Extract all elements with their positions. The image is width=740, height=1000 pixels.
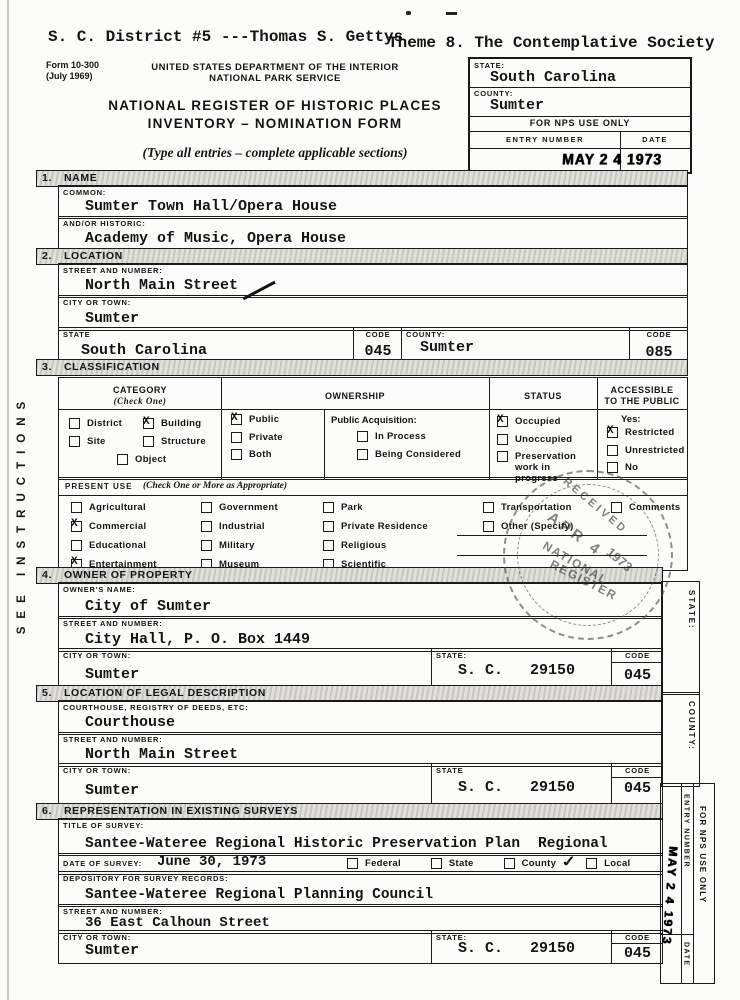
field-survey-street: STREET AND NUMBER: 36 East Calhoun Stree… xyxy=(58,904,663,934)
survey-state-value[interactable]: S. C. 29150 xyxy=(458,940,575,957)
checkbox[interactable] xyxy=(231,414,242,425)
legal-code-cell: CODE 045 xyxy=(611,764,663,805)
checkbox-item: Military xyxy=(201,540,278,551)
legal-state-value[interactable]: S. C. 29150 xyxy=(458,779,575,796)
checkbox-item: District xyxy=(69,418,122,429)
section-1-title: NAME xyxy=(62,171,97,186)
county-cell: COUNTY: Sumter xyxy=(401,328,630,362)
section-2-number: 2. xyxy=(37,249,62,264)
field-historic-name: AND/OR HISTORIC: Academy of Music, Opera… xyxy=(58,216,688,251)
field-owner-street: STREET AND NUMBER: City Hall, P. O. Box … xyxy=(58,616,663,652)
checkbox[interactable] xyxy=(483,521,494,532)
checkbox[interactable] xyxy=(357,449,368,460)
present-use-rule xyxy=(59,495,687,496)
field-courthouse: COURTHOUSE, REGISTRY OF DEEDS, ETC: Cour… xyxy=(58,700,663,735)
form-title-line1: NATIONAL REGISTER OF HISTORIC PLACES xyxy=(85,98,465,113)
checkbox-item: Private Residence xyxy=(323,521,428,532)
checkbox[interactable] xyxy=(231,432,242,443)
checkbox-label: In Process xyxy=(375,431,426,442)
scan-edge-line xyxy=(7,0,9,1000)
ownership-group: PublicPrivateBoth xyxy=(231,414,283,467)
checkbox-item: Site xyxy=(69,436,122,447)
checkbox-item: Industrial xyxy=(201,521,278,532)
checkbox-label: State xyxy=(449,858,474,869)
depository-value[interactable]: Santee-Wateree Regional Planning Council xyxy=(85,887,433,903)
field-street: STREET AND NUMBER: North Main Street xyxy=(58,263,688,298)
county-handwritten-check: ✓ xyxy=(560,852,577,871)
checkbox[interactable] xyxy=(347,858,358,869)
checkbox[interactable] xyxy=(323,502,334,513)
checkbox-item: Agricultural xyxy=(71,502,157,513)
nps-use-box: STATE: South Carolina COUNTY: Sumter FOR… xyxy=(468,57,692,174)
nps-state-value[interactable]: South Carolina xyxy=(490,69,616,86)
nps-block-divider-2 xyxy=(693,784,694,983)
section-3-title: CLASSIFICATION xyxy=(62,360,160,375)
checkbox-item: Park xyxy=(323,502,428,513)
legal-state-label: STATE xyxy=(436,766,463,775)
checkbox-label: Public xyxy=(249,414,279,425)
margin-stamp-date: MAY 2 4 1973 xyxy=(660,846,681,946)
acquisition-group: In ProcessBeing Considered xyxy=(357,431,461,466)
county-value[interactable]: Sumter xyxy=(420,339,474,356)
owner-city-label: CITY OR TOWN: xyxy=(63,651,131,660)
checkbox[interactable] xyxy=(607,445,618,456)
checkbox-label: Religious xyxy=(341,540,386,551)
courthouse-value[interactable]: Courthouse xyxy=(85,714,175,731)
checkbox[interactable] xyxy=(201,540,212,551)
checkbox-label: Educational xyxy=(89,540,146,551)
section-5-number: 5. xyxy=(37,686,62,701)
owner-code-rule xyxy=(612,662,663,663)
checkbox[interactable] xyxy=(71,540,82,551)
annotation-theme: Theme 8. The Contemplative Society xyxy=(388,34,714,52)
legal-city-label: CITY OR TOWN: xyxy=(63,766,131,775)
margin-state-strip: STATE: xyxy=(661,581,700,695)
field-owner-city-row: CITY OR TOWN: Sumter STATE: S. C. 29150 … xyxy=(58,648,663,688)
entry-number-label: ENTRY NUMBER xyxy=(470,135,620,144)
checkbox-label: Building xyxy=(161,418,201,429)
field-depository: DEPOSITORY FOR SURVEY RECORDS: Santee-Wa… xyxy=(58,871,663,907)
margin-state-label: STATE: xyxy=(687,590,696,630)
checkbox-item: No xyxy=(607,462,685,473)
survey-code-rule xyxy=(612,943,663,944)
legal-code-value[interactable]: 045 xyxy=(612,780,663,797)
classification-table: CATEGORY (Check One) OWNERSHIP STATUS AC… xyxy=(58,377,688,480)
common-value[interactable]: Sumter Town Hall/Opera House xyxy=(85,198,337,215)
survey-type-group: FederalStateCountyLocal xyxy=(347,858,630,869)
section-4-number: 4. xyxy=(37,568,62,583)
nps-county-row: COUNTY: Sumter xyxy=(470,87,690,117)
state-value[interactable]: South Carolina xyxy=(81,342,207,359)
category-column-header: CATEGORY xyxy=(59,385,221,395)
checkbox[interactable] xyxy=(586,858,597,869)
nps-use-only-row: FOR NPS USE ONLY xyxy=(470,116,690,132)
checkbox-label: County xyxy=(522,858,557,869)
historic-label: AND/OR HISTORIC: xyxy=(63,219,146,228)
city-value[interactable]: Sumter xyxy=(85,310,139,327)
legal-street-label: STREET AND NUMBER: xyxy=(63,735,163,744)
checkbox-item: Occupied xyxy=(497,416,593,427)
margin-county-strip: COUNTY: xyxy=(661,692,700,787)
owner-city-value[interactable]: Sumter xyxy=(85,666,139,683)
type-note: (Type all entries – complete applicable … xyxy=(85,145,465,161)
checkbox[interactable] xyxy=(201,521,212,532)
nomination-form-page: S. C. District #5 ---Thomas S. Gettys Th… xyxy=(0,0,740,1000)
owner-name-value[interactable]: City of Sumter xyxy=(85,598,211,615)
checkbox-label: Government xyxy=(219,502,278,513)
nps-entry-header-row: ENTRY NUMBER DATE xyxy=(470,131,690,149)
owner-street-value[interactable]: City Hall, P. O. Box 1449 xyxy=(85,631,310,648)
acquisition-label: Public Acquisition: xyxy=(331,415,417,426)
checkbox-label: Transportation xyxy=(501,502,572,513)
checkbox-item: Both xyxy=(231,449,283,460)
field-legal-street: STREET AND NUMBER: North Main Street xyxy=(58,732,663,767)
accessible-column-header-2: TO THE PUBLIC xyxy=(597,396,687,406)
table-header-rule xyxy=(59,409,687,410)
checkbox-item: Transportation xyxy=(483,502,574,513)
checkbox-label: Being Considered xyxy=(375,449,461,460)
checkbox[interactable] xyxy=(357,431,368,442)
checkbox-label: Both xyxy=(249,449,272,460)
form-title-line2: INVENTORY – NOMINATION FORM xyxy=(85,116,465,131)
checkbox[interactable] xyxy=(117,454,128,465)
checkbox-item: Restricted xyxy=(607,427,685,438)
survey-code-value[interactable]: 045 xyxy=(612,945,663,962)
common-label: COMMON: xyxy=(63,188,106,197)
field-owner-name: OWNER'S NAME: City of Sumter xyxy=(58,582,663,619)
owner-code-label: CODE xyxy=(612,651,663,660)
access-yes-label: Yes: xyxy=(621,414,641,425)
survey-title-label: TITLE OF SURVEY: xyxy=(63,821,144,830)
survey-date-value[interactable]: June 30, 1973 xyxy=(157,854,266,870)
entry-date-stamp: MAY 2 4 1973 xyxy=(562,150,663,168)
checkbox-label: Park xyxy=(341,502,363,513)
survey-code-cell: CODE 045 xyxy=(611,931,663,963)
checkbox[interactable] xyxy=(431,858,442,869)
checkbox[interactable] xyxy=(231,449,242,460)
checkbox[interactable] xyxy=(497,451,508,462)
state-label: STATE xyxy=(63,330,90,339)
category-column-subheader: (Check One) xyxy=(59,396,221,406)
owner-name-label: OWNER'S NAME: xyxy=(63,585,136,594)
checkbox-label: Agricultural xyxy=(89,502,146,513)
checkbox[interactable] xyxy=(611,502,622,513)
checkbox-item: Being Considered xyxy=(357,449,461,460)
checkbox[interactable] xyxy=(71,502,82,513)
checkbox[interactable] xyxy=(69,436,80,447)
checkbox-item: Religious xyxy=(323,540,428,551)
section-4-title: OWNER OF PROPERTY xyxy=(62,568,193,583)
checkbox-item: County xyxy=(504,858,557,869)
owner-street-label: STREET AND NUMBER: xyxy=(63,619,163,628)
dept-line2: NATIONAL PARK SERVICE xyxy=(110,73,440,84)
checkbox-item: Government xyxy=(201,502,278,513)
legal-state-cell: STATE S. C. 29150 xyxy=(431,764,612,805)
checkbox-label: Private xyxy=(249,432,283,443)
checkbox-item: Federal xyxy=(347,858,401,869)
checkbox[interactable] xyxy=(607,462,618,473)
checkbox-item: Local xyxy=(586,858,630,869)
checkbox-item: Other (Specify) xyxy=(483,521,574,532)
checkbox-item: Commercial xyxy=(71,521,157,532)
checkbox[interactable] xyxy=(201,502,212,513)
survey-title-value[interactable]: Santee-Wateree Regional Historic Preserv… xyxy=(85,836,520,852)
checkbox[interactable] xyxy=(323,540,334,551)
checkbox-label: Occupied xyxy=(515,416,561,427)
annotation-district: S. C. District #5 ---Thomas S. Gettys xyxy=(48,28,403,46)
present-use-note: (Check One or More as Appropriate) xyxy=(143,481,287,491)
checkbox-item: Educational xyxy=(71,540,157,551)
checkbox-item: In Process xyxy=(357,431,461,442)
section-6-title: REPRESENTATION IN EXISTING SURVEYS xyxy=(62,804,298,819)
checkbox-item: Structure xyxy=(143,436,206,447)
col-divider-1 xyxy=(221,378,222,479)
state-code-label: CODE xyxy=(354,330,402,339)
checkbox-label: Other (Specify) xyxy=(501,521,574,532)
accessible-column-header-1: ACCESSIBLE xyxy=(597,385,687,395)
checkbox-label: District xyxy=(87,418,122,429)
field-survey-city-row: CITY OR TOWN: Sumter STATE: S. C. 29150 … xyxy=(58,930,663,964)
field-legal-city-row: CITY OR TOWN: Sumter STATE S. C. 29150 C… xyxy=(58,763,663,806)
owner-state-cell: STATE: S. C. 29150 xyxy=(431,649,612,687)
owner-state-value[interactable]: S. C. 29150 xyxy=(458,662,575,679)
see-instructions-label: SEE INSTRUCTIONS xyxy=(16,364,28,664)
checkbox-label: Federal xyxy=(365,858,401,869)
checkbox-label: Industrial xyxy=(219,521,265,532)
category-group-left: DistrictSite xyxy=(69,418,122,453)
checkbox-label: Military xyxy=(219,540,255,551)
historic-value[interactable]: Academy of Music, Opera House xyxy=(85,230,346,247)
section-5-title: LOCATION OF LEGAL DESCRIPTION xyxy=(62,686,266,701)
nps-state-row: STATE: South Carolina xyxy=(470,59,690,88)
col-divider-3 xyxy=(597,378,598,479)
checkbox[interactable] xyxy=(504,858,515,869)
section-3-bar: 3. CLASSIFICATION xyxy=(36,359,688,376)
survey-street-value[interactable]: 36 East Calhoun Street xyxy=(85,915,270,931)
checkbox-label: Comments xyxy=(629,502,681,513)
checkbox[interactable] xyxy=(69,418,80,429)
other-specify-line-2 xyxy=(457,555,647,556)
checkbox-item: Building xyxy=(143,418,206,429)
checkbox-label: Restricted xyxy=(625,427,674,438)
checkbox[interactable] xyxy=(323,521,334,532)
date-label: DATE xyxy=(620,135,690,144)
county-code-cell: CODE 085 xyxy=(629,328,688,362)
checkbox-label: Commercial xyxy=(89,521,146,532)
use-group-5: Comments xyxy=(611,502,681,521)
owner-code-cell: CODE 045 xyxy=(611,649,663,687)
other-specify-line-1 xyxy=(457,535,647,536)
section-6-number: 6. xyxy=(37,804,62,819)
checkbox-label: Object xyxy=(135,454,166,465)
checkbox-label: Local xyxy=(604,858,630,869)
field-survey-title: TITLE OF SURVEY: Santee-Wateree Regional… xyxy=(58,818,663,856)
checkbox[interactable] xyxy=(497,434,508,445)
checkbox-label: Site xyxy=(87,436,106,447)
scan-mark-dot xyxy=(406,11,411,15)
state-code-cell: CODE 045 xyxy=(353,328,402,362)
margin-entry-label: ENTRY NUMBER xyxy=(683,794,690,868)
courthouse-label: COURTHOUSE, REGISTRY OF DEEDS, ETC: xyxy=(63,703,249,712)
checkbox[interactable] xyxy=(607,427,618,438)
legal-street-value[interactable]: North Main Street xyxy=(85,746,238,763)
checkbox[interactable] xyxy=(143,418,154,429)
legal-code-label: CODE xyxy=(612,766,663,775)
county-code-label: CODE xyxy=(630,330,688,339)
section-1-number: 1. xyxy=(37,171,62,186)
city-label: CITY OR TOWN: xyxy=(63,298,131,307)
col-divider-2 xyxy=(489,378,490,479)
section-2-title: LOCATION xyxy=(62,249,123,264)
owner-code-value[interactable]: 045 xyxy=(612,667,663,684)
checkbox-item: Private xyxy=(231,432,283,443)
checkbox-label: No xyxy=(625,462,638,473)
county-label: COUNTY: xyxy=(406,330,445,339)
checkbox[interactable] xyxy=(497,416,508,427)
field-city: CITY OR TOWN: Sumter xyxy=(58,295,688,331)
checkbox-item: State xyxy=(431,858,474,869)
margin-date-label: DATE xyxy=(683,942,690,967)
street-value[interactable]: North Main Street xyxy=(85,277,238,294)
field-common-name: COMMON: Sumter Town Hall/Opera House xyxy=(58,185,688,219)
ownership-column-header: OWNERSHIP xyxy=(221,391,489,401)
form-number: Form 10-300 xyxy=(46,60,99,70)
survey-city-label: CITY OR TOWN: xyxy=(63,933,131,942)
access-group: RestrictedUnrestrictedNo xyxy=(607,427,685,480)
present-use-label: PRESENT USE xyxy=(65,482,132,491)
checkbox-label: Structure xyxy=(161,436,206,447)
legal-code-rule xyxy=(612,777,663,778)
checkbox[interactable] xyxy=(71,521,82,532)
checkbox-label: Unoccupied xyxy=(515,434,572,445)
depository-label: DEPOSITORY FOR SURVEY RECORDS: xyxy=(63,874,228,883)
section-3-number: 3. xyxy=(37,360,62,375)
state-code-value[interactable]: 045 xyxy=(354,343,402,360)
checkbox[interactable] xyxy=(483,502,494,513)
street-label: STREET AND NUMBER: xyxy=(63,266,163,275)
field-state-county-row: STATE South Carolina CODE 045 COUNTY: Su… xyxy=(58,327,688,363)
form-date: (July 1969) xyxy=(46,71,93,81)
checkbox-item: Comments xyxy=(611,502,681,513)
survey-date-label: DATE OF SURVEY: xyxy=(63,859,142,868)
survey-code-label: CODE xyxy=(612,933,663,942)
scan-mark-dash xyxy=(446,12,457,15)
checkbox-label: Private Residence xyxy=(341,521,428,532)
nps-county-value[interactable]: Sumter xyxy=(490,97,544,114)
margin-nps-label: FOR NPS USE ONLY xyxy=(698,806,707,903)
checkbox-item: Object xyxy=(117,454,166,465)
owner-state-label: STATE: xyxy=(436,651,467,660)
checkbox-item: Unrestricted xyxy=(607,445,685,456)
survey-title-extra[interactable]: Regional xyxy=(538,836,608,852)
checkbox-item: Public xyxy=(231,414,283,425)
checkbox[interactable] xyxy=(143,436,154,447)
checkbox-item: Unoccupied xyxy=(497,434,593,445)
category-group-right: BuildingStructure xyxy=(143,418,206,453)
status-column-header: STATUS xyxy=(489,391,597,401)
checkbox-label: Unrestricted xyxy=(625,445,685,456)
ownership-sub-divider xyxy=(324,409,325,479)
survey-state-cell: STATE: S. C. 29150 xyxy=(431,931,612,963)
margin-county-label: COUNTY: xyxy=(687,701,696,751)
present-use-box: PRESENT USE (Check One or More as Approp… xyxy=(58,477,688,571)
dept-line1: UNITED STATES DEPARTMENT OF THE INTERIOR xyxy=(110,62,440,73)
category-group-object: Object xyxy=(117,454,166,472)
legal-city-value[interactable]: Sumter xyxy=(85,782,139,799)
margin-nps-block: ENTRY NUMBER DATE FOR NPS USE ONLY MAY 2… xyxy=(660,783,715,984)
survey-city-value[interactable]: Sumter xyxy=(85,942,139,959)
